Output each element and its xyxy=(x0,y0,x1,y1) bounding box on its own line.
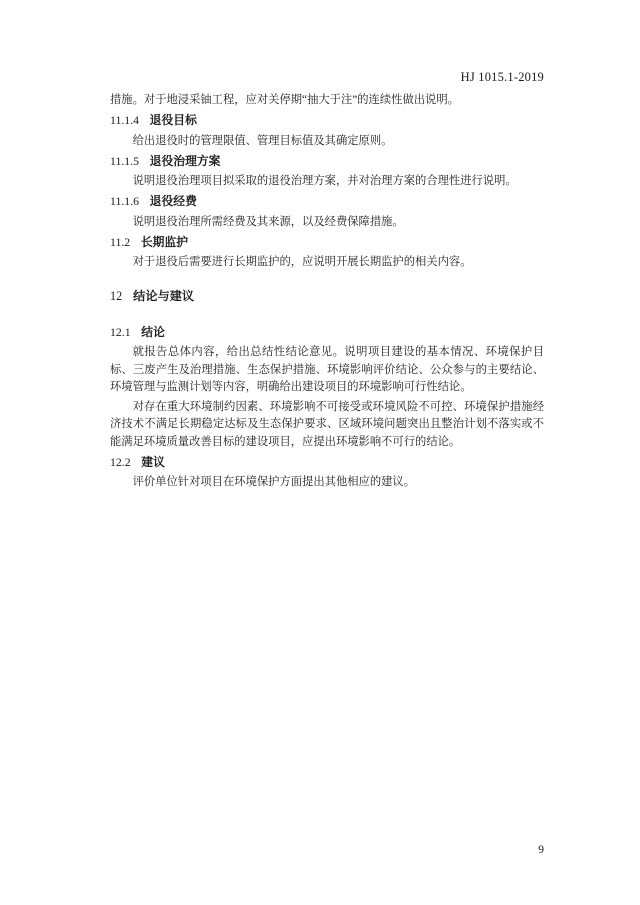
page-header: HJ 1015.1-2019 xyxy=(110,70,544,85)
continuation-paragraph: 措施。对于地浸采铀工程，应对关停期“抽大于注”的连续性做出说明。 xyxy=(110,92,544,109)
section-title: 结论 xyxy=(141,325,165,339)
section-number: 12.1 xyxy=(110,325,131,339)
section-heading-11-1-6: 11.1.6退役经费 xyxy=(110,193,544,210)
section-number: 11.1.6 xyxy=(110,194,139,208)
paragraph: 就报告总体内容，给出总结性结论意见。说明项目建设的基本情况、环境保护目标、三废产… xyxy=(110,344,544,396)
section-heading-11-1-4: 11.1.4退役目标 xyxy=(110,112,544,129)
section-title: 退役经费 xyxy=(150,194,197,208)
section-number: 11.1.5 xyxy=(110,154,139,168)
paragraph: 评价单位针对项目在环境保护方面提出其他相应的建议。 xyxy=(110,474,544,491)
chapter-title: 结论与建议 xyxy=(133,289,194,303)
section-number: 11.2 xyxy=(110,235,130,249)
page-number: 9 xyxy=(538,844,544,856)
section-title: 长期监护 xyxy=(141,235,188,249)
section-title: 退役目标 xyxy=(150,113,197,127)
paragraph: 给出退役时的管理限值、管理目标值及其确定原则。 xyxy=(110,133,544,150)
section-heading-11-1-5: 11.1.5退役治理方案 xyxy=(110,153,544,170)
document-page: HJ 1015.1-2019 措施。对于地浸采铀工程，应对关停期“抽大于注”的连… xyxy=(0,0,640,905)
section-number: 11.1.4 xyxy=(110,113,139,127)
chapter-number: 12 xyxy=(110,289,122,303)
section-number: 12.2 xyxy=(110,455,131,469)
standard-number: HJ 1015.1-2019 xyxy=(461,70,544,84)
paragraph: 说明退役治理项目拟采取的退役治理方案，并对治理方案的合理性进行说明。 xyxy=(110,173,544,190)
section-heading-12-1: 12.1结论 xyxy=(110,324,544,341)
section-heading-11-2: 11.2长期监护 xyxy=(110,234,544,251)
section-heading-12-2: 12.2建议 xyxy=(110,454,544,471)
document-content: 措施。对于地浸采铀工程，应对关停期“抽大于注”的连续性做出说明。 11.1.4退… xyxy=(110,89,544,495)
section-title: 退役治理方案 xyxy=(150,154,221,168)
chapter-heading-12: 12结论与建议 xyxy=(110,288,544,305)
paragraph: 说明退役治理所需经费及其来源，以及经费保障措施。 xyxy=(110,214,544,231)
paragraph: 对存在重大环境制约因素、环境影响不可接受或环境风险不可控、环境保护措施经济技术不… xyxy=(110,399,544,451)
paragraph: 对于退役后需要进行长期监护的，应说明开展长期监护的相关内容。 xyxy=(110,254,544,271)
section-title: 建议 xyxy=(141,455,165,469)
page-footer: 9 xyxy=(110,843,544,857)
